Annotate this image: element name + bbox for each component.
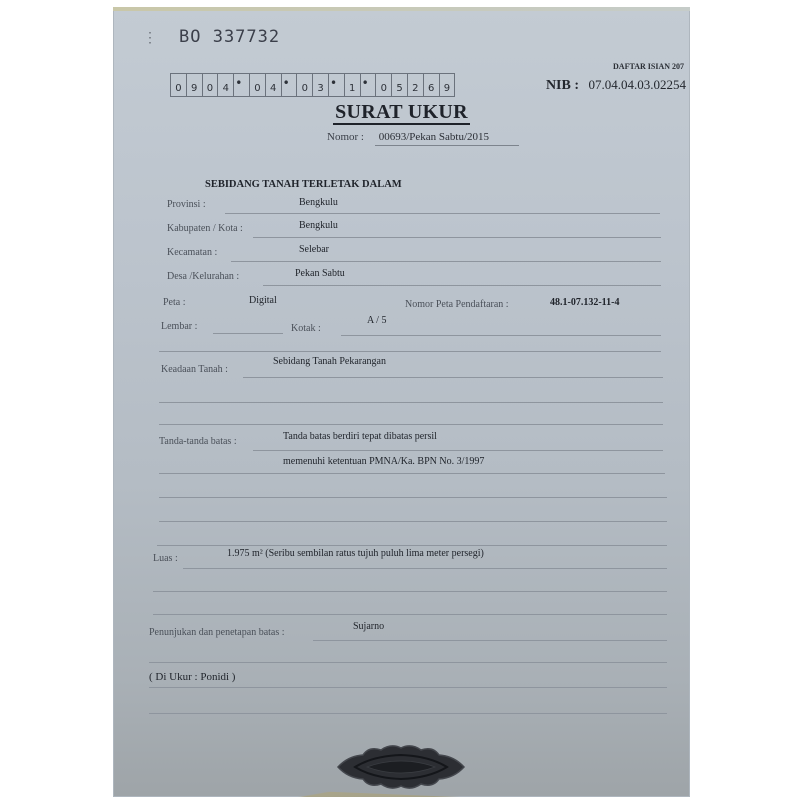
code-box-separator xyxy=(329,74,345,96)
rule xyxy=(183,568,667,569)
nomor-peta-value: 48.1-07.132-11-4 xyxy=(550,297,619,308)
rule xyxy=(159,424,663,425)
rule xyxy=(149,687,667,688)
code-box-digit: 9 xyxy=(440,74,455,96)
luas-value: 1.975 m² (Seribu sembilan ratus tujuh pu… xyxy=(227,548,484,559)
code-box-digit: 1 xyxy=(345,74,361,96)
kabupaten-label: Kabupaten / Kota : xyxy=(167,223,243,234)
code-box-digit: 0 xyxy=(203,74,219,96)
code-box-digit: 4 xyxy=(266,74,282,96)
peta-label: Peta : xyxy=(163,297,186,308)
kecamatan-value: Selebar xyxy=(299,244,329,255)
kotak-value: A / 5 xyxy=(367,315,386,326)
peta-row: Peta : Digital xyxy=(163,297,186,308)
code-box-separator xyxy=(282,74,298,96)
lembar-label: Lembar : xyxy=(161,321,197,332)
rule xyxy=(153,591,667,592)
rule xyxy=(253,237,661,238)
pen-mark: ⋮ xyxy=(143,29,157,46)
rule xyxy=(341,335,661,336)
provinsi-label: Provinsi : xyxy=(167,199,206,210)
desa-value: Pekan Sabtu xyxy=(295,268,345,279)
seal-stamp-icon xyxy=(333,742,468,792)
code-box-digit: 0 xyxy=(250,74,266,96)
provinsi-row: Provinsi : Bengkulu xyxy=(167,199,206,210)
code-box-digit: 0 xyxy=(376,74,392,96)
keadaan-row: Keadaan Tanah : Sebidang Tanah Pekaranga… xyxy=(161,364,228,375)
rule xyxy=(213,333,283,334)
document-page: ⋮ BO 337732 DAFTAR ISIAN 207 NIB : 07.04… xyxy=(113,7,690,797)
penunjukan-value: Sujarno xyxy=(353,621,384,632)
nib-label: NIB : xyxy=(546,78,579,93)
kecamatan-label: Kecamatan : xyxy=(167,247,217,258)
rule xyxy=(149,713,667,714)
code-box-digit: 2 xyxy=(408,74,424,96)
code-box-digit: 4 xyxy=(218,74,234,96)
section-heading: SEBIDANG TANAH TERLETAK DALAM xyxy=(205,179,402,190)
rule xyxy=(313,640,667,641)
tanda-batas-line-2: memenuhi ketentuan PMNA/Ka. BPN No. 3/19… xyxy=(283,456,484,467)
rule xyxy=(153,614,667,615)
luas-label: Luas : xyxy=(153,553,178,564)
nomor-value: 00693/Pekan Sabtu/2015 xyxy=(375,131,519,146)
rule xyxy=(159,402,663,403)
rule xyxy=(159,351,661,352)
serial-number: BO 337732 xyxy=(179,27,280,47)
rule xyxy=(243,377,663,378)
desa-row: Desa /Kelurahan : Pekan Sabtu xyxy=(167,271,239,282)
rule xyxy=(231,261,661,262)
rule xyxy=(263,285,661,286)
lembar-row: Lembar : xyxy=(161,321,197,332)
peta-value: Digital xyxy=(249,295,277,306)
paper-edge xyxy=(113,7,690,11)
kabupaten-value: Bengkulu xyxy=(299,220,338,231)
nib-value: 07.04.04.03.02254 xyxy=(589,77,687,92)
rule xyxy=(253,450,663,451)
tanda-batas-label: Tanda-tanda batas : xyxy=(159,436,237,447)
kabupaten-row: Kabupaten / Kota : Bengkulu xyxy=(167,223,243,234)
nomor-label: Nomor : xyxy=(327,131,364,143)
penunjukan-label: Penunjukan dan penetapan batas : xyxy=(149,627,285,638)
title-text: SURAT UKUR xyxy=(333,101,470,125)
nomor-peta-row: Nomor Peta Pendaftaran : 48.1-07.132-11-… xyxy=(405,299,509,310)
code-box-separator xyxy=(361,74,377,96)
keadaan-label: Keadaan Tanah : xyxy=(161,364,228,375)
tanda-batas-line-1: Tanda batas berdiri tepat dibatas persil xyxy=(283,431,437,442)
rule xyxy=(157,545,667,546)
nomor-field: Nomor : 00693/Pekan Sabtu/2015 xyxy=(327,131,519,143)
code-box-digit: 0 xyxy=(171,74,187,96)
code-box-digit: 3 xyxy=(313,74,329,96)
nomor-peta-label: Nomor Peta Pendaftaran : xyxy=(405,299,509,310)
code-box-separator xyxy=(234,74,250,96)
rule xyxy=(159,497,667,498)
luas-row: Luas : 1.975 m² (Seribu sembilan ratus t… xyxy=(153,553,178,564)
code-box-digit: 5 xyxy=(392,74,408,96)
code-box-digit: 0 xyxy=(297,74,313,96)
code-boxes: 09040403105269 xyxy=(170,73,455,97)
penunjukan-row: Penunjukan dan penetapan batas : Sujarno xyxy=(149,627,285,638)
kecamatan-row: Kecamatan : Selebar xyxy=(167,247,217,258)
keadaan-value: Sebidang Tanah Pekarangan xyxy=(273,356,386,367)
rule xyxy=(149,662,667,663)
desa-label: Desa /Kelurahan : xyxy=(167,271,239,282)
rule xyxy=(159,473,665,474)
provinsi-value: Bengkulu xyxy=(299,197,338,208)
code-box-digit: 9 xyxy=(187,74,203,96)
kotak-label: Kotak : xyxy=(291,323,321,334)
nib-field: NIB : 07.04.04.03.02254 xyxy=(546,77,686,94)
rule xyxy=(225,213,660,214)
kotak-row: Kotak : A / 5 xyxy=(291,323,321,334)
code-box-digit: 6 xyxy=(424,74,440,96)
page-title: SURAT UKUR xyxy=(113,101,690,124)
diukur-note: ( Di Ukur : Ponidi ) xyxy=(149,671,235,683)
rule xyxy=(159,521,667,522)
form-code: DAFTAR ISIAN 207 xyxy=(613,62,684,71)
tanda-batas-row: Tanda-tanda batas : Tanda batas berdiri … xyxy=(159,436,237,447)
